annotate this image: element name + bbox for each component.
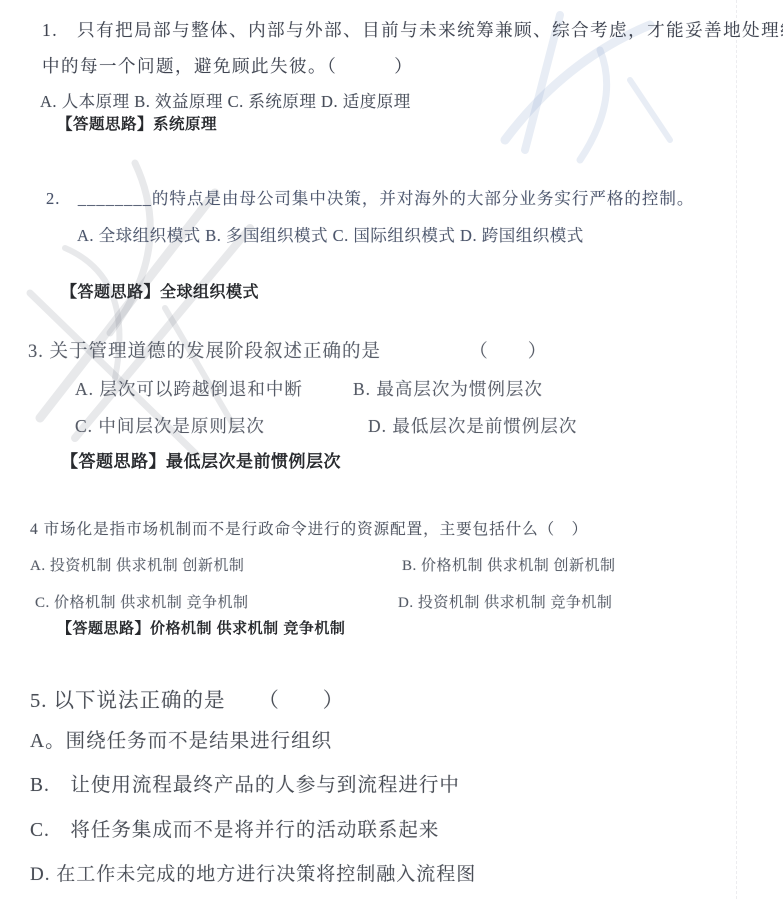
exam-page: 1. 只有把局部与整体、内部与外部、目前与未来统筹兼顾、综合考虑，才能妥善地处理… <box>0 0 783 899</box>
scan-fold-line <box>736 0 737 899</box>
q3-stem: 3. 关于管理道德的发展阶段叙述正确的是 （ ） <box>28 337 547 363</box>
q3-answer-hint: 【答题思路】最低层次是前惯例层次 <box>61 447 341 472</box>
q2-stem: 2. ________的特点是由母公司集中决策，并对海外的大部分业务实行严格的控… <box>46 185 694 209</box>
q5-option-d: D. 在工作未完成的地方进行决策将控制融入流程图 <box>30 859 476 886</box>
q3-option-c: C. 中间层次是原则层次 <box>75 413 265 438</box>
q4-option-c: C. 价格机制 供求机制 竞争机制 <box>35 591 249 612</box>
q1-answer-hint: 【答题思路】系统原理 <box>57 112 217 134</box>
q5-option-b: B. 让使用流程最终产品的人参与到流程进行中 <box>30 769 460 797</box>
q5-stem: 5. 以下说法正确的是 （ ） <box>30 683 344 713</box>
q1-stem-line1: 1. 只有把局部与整体、内部与外部、目前与未来统筹兼顾、综合考虑，才能妥善地处理… <box>42 17 783 42</box>
q3-option-a: A. 层次可以跨越倒退和中断 <box>75 376 303 401</box>
q4-answer-hint: 【答题思路】价格机制 供求机制 竞争机制 <box>57 617 345 638</box>
q3-option-d: D. 最低层次是前惯例层次 <box>368 413 577 438</box>
q4-option-b: B. 价格机制 供求机制 创新机制 <box>402 554 616 575</box>
q2-answer-hint: 【答题思路】全球组织模式 <box>61 279 259 302</box>
q5-option-c: C. 将任务集成而不是将并行的活动联系起来 <box>30 814 439 842</box>
q4-stem: 4 市场化是指市场机制而不是行政命令进行的资源配置，主要包括什么（ ） <box>30 517 588 539</box>
q5-option-a: A。围绕任务而不是结果进行组织 <box>30 725 332 753</box>
q4-option-a: A. 投资机制 供求机制 创新机制 <box>30 554 244 575</box>
q1-stem-line2: 中的每一个问题，避免顾此失彼。（ ） <box>42 53 413 78</box>
q3-option-b: B. 最高层次为惯例层次 <box>353 376 543 401</box>
q4-option-d: D. 投资机制 供求机制 竞争机制 <box>398 591 612 612</box>
q1-options-line: A. 人本原理 B. 效益原理 C. 系统原理 D. 适度原理 <box>40 88 411 112</box>
q2-options-line: A. 全球组织模式 B. 多国组织模式 C. 国际组织模式 D. 跨国组织模式 <box>77 222 584 246</box>
